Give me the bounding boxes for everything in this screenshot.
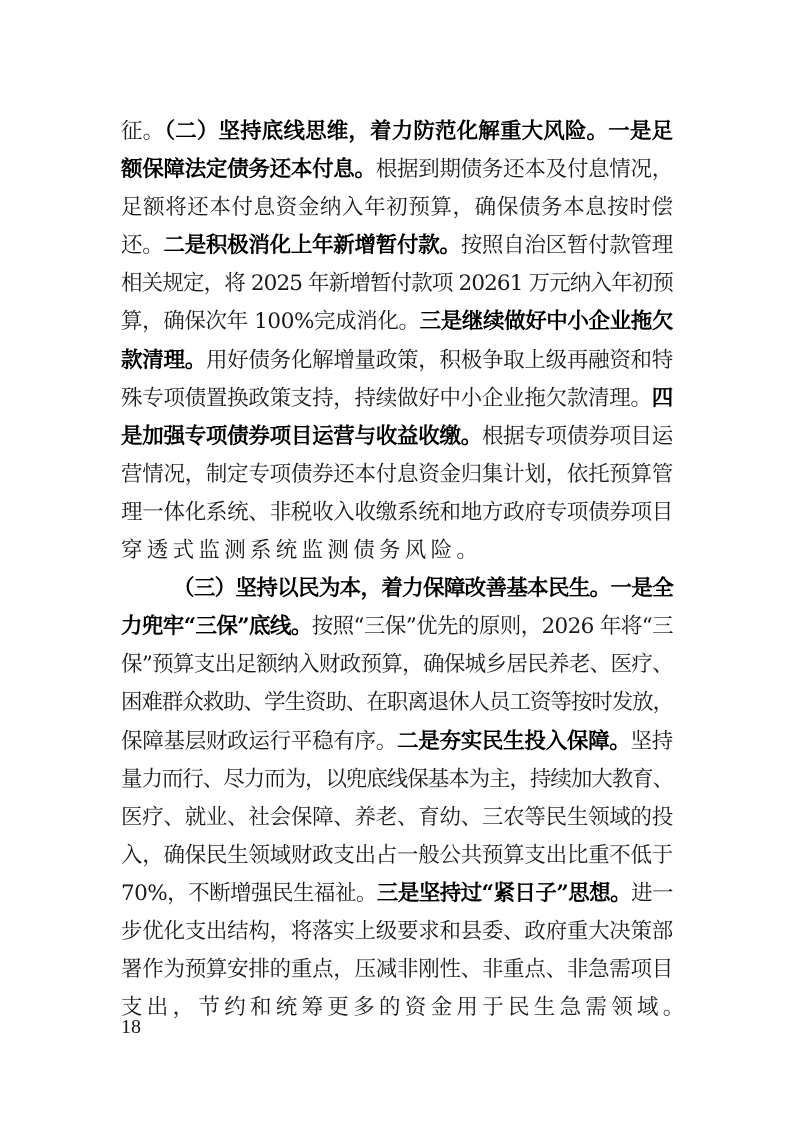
text-line: 相关规定，将 2025 年新增暂付款项 20261 万元纳入年初预: [121, 265, 673, 303]
text-run: 步优化支出结构，将落实上级要求和县委、政府重大决策部: [121, 919, 673, 944]
text-line: 医疗、就业、社会保障、养老、育幼、三农等民生领域的投: [121, 799, 673, 837]
text-run: 理一体化系统、非税收入收缴系统和地方政府专项债券项目: [121, 500, 673, 525]
text-run: 量力而行、尽力而为，以兜底线保基本为主，持续加大教育、: [121, 767, 673, 792]
text-line: 保”预算支出足额纳入财政预算，确保城乡居民养老、医疗、: [121, 646, 673, 684]
text-run: 按照“三保”优先的原则，2026 年将“三: [312, 614, 673, 639]
text-line: 理一体化系统、非税收入收缴系统和地方政府专项债券项目: [121, 494, 673, 532]
text-run: 算，确保次年 100%完成消化。: [121, 309, 420, 334]
bold-text-run: 二是夯实民生投入保障。: [397, 729, 631, 754]
text-run: 保障基层财政运行平稳有序。: [121, 729, 397, 754]
text-line: 征。（二）坚持底线思维，着力防范化解重大风险。一是足: [121, 113, 673, 151]
text-run: 署作为预算安排的重点，压减非刚性、非重点、非急需项目: [121, 957, 673, 982]
bold-text-run: 三是坚持过“紧日子”思想。: [377, 881, 631, 906]
page-number: 18: [121, 1016, 141, 1039]
text-run: 营情况，制定专项债券还本付息资金归集计划，依托预算管: [121, 462, 673, 487]
text-line: 足额将还本付息资金纳入年初预算，确保债务本息按时偿: [121, 189, 673, 227]
text-line: 是加强专项债券项目运营与收益收缴。根据专项债券项目运: [121, 418, 673, 456]
text-run: 医疗、就业、社会保障、养老、育幼、三农等民生领域的投: [121, 805, 673, 830]
bold-text-run: 二是积极消化上年新增暂付款。: [163, 233, 460, 258]
bold-text-run: 款清理。: [121, 348, 206, 373]
text-run: 相关规定，将 2025 年新增暂付款项 20261 万元纳入年初预: [121, 271, 673, 296]
text-line: 额保障法定债务还本付息。根据到期债务还本及付息情况，: [121, 151, 673, 189]
text-line: 70%，不断增强民生福祉。三是坚持过“紧日子”思想。进一: [121, 875, 673, 913]
bold-text-run: 额保障法定债务还本付息。: [121, 157, 376, 182]
text-run: 足额将还本付息资金纳入年初预算，确保债务本息按时偿: [121, 195, 673, 220]
text-run: 殊专项债置换政策支持，持续做好中小企业拖欠款清理。: [121, 386, 652, 411]
bold-text-run: （二）坚持底线思维，着力防范化解重大风险。一是足: [164, 119, 673, 144]
text-line: 步优化支出结构，将落实上级要求和县委、政府重大决策部: [121, 913, 673, 951]
bold-text-run: 力兜牢“三保”底线。: [121, 614, 312, 639]
bold-text-run: 三是继续做好中小企业拖欠: [420, 309, 673, 334]
text-run: 困难群众救助、学生资助、在职离退休人员工资等按时发放，: [121, 690, 673, 715]
text-line: 还。二是积极消化上年新增暂付款。按照自治区暂付款管理: [121, 227, 673, 265]
text-line: 殊专项债置换政策支持，持续做好中小企业拖欠款清理。四: [121, 380, 673, 418]
text-line: 款清理。用好债务化解增量政策，积极争取上级再融资和特: [121, 342, 673, 380]
bold-text-run: 是加强专项债券项目运营与收益收缴。: [121, 424, 482, 449]
document-page: 征。（二）坚持底线思维，着力防范化解重大风险。一是足 额保障法定债务还本付息。根…: [0, 0, 793, 1122]
text-run: 70%，不断增强民生福祉。: [121, 881, 377, 906]
text-line: 算，确保次年 100%完成消化。三是继续做好中小企业拖欠: [121, 303, 673, 341]
text-line: 营情况，制定专项债券还本付息资金归集计划，依托预算管: [121, 456, 673, 494]
text-line: 支出，节约和统筹更多的资金用于民生急需领域。: [121, 989, 673, 1027]
text-run: 入，确保民生领域财政支出占一般公共预算支出比重不低于: [121, 843, 673, 868]
text-run: 支出，节约和统筹更多的资金用于民生急需领域。: [121, 995, 689, 1020]
text-run: 按照自治区暂付款管理: [461, 233, 673, 258]
text-line: 入，确保民生领域财政支出占一般公共预算支出比重不低于: [121, 837, 673, 875]
text-run: 还。: [121, 233, 163, 258]
text-run: 穿透式监测系统监测债务风险。: [121, 538, 482, 563]
text-run: 征。: [121, 119, 164, 144]
text-run: 根据专项债券项目运: [482, 424, 673, 449]
text-run: 保”预算支出足额纳入财政预算，确保城乡居民养老、医疗、: [121, 652, 673, 677]
text-line: 穿透式监测系统监测债务风险。: [121, 532, 673, 570]
text-run: 进一: [631, 881, 673, 906]
text-run: 用好债务化解增量政策，积极争取上级再融资和特: [206, 348, 673, 373]
text-line: 力兜牢“三保”底线。按照“三保”优先的原则，2026 年将“三: [121, 608, 673, 646]
text-line: 保障基层财政运行平稳有序。二是夯实民生投入保障。坚持: [121, 723, 673, 761]
body-text: 征。（二）坚持底线思维，着力防范化解重大风险。一是足 额保障法定债务还本付息。根…: [121, 113, 673, 1027]
text-line: 困难群众救助、学生资助、在职离退休人员工资等按时发放，: [121, 684, 673, 722]
text-line: 署作为预算安排的重点，压减非刚性、非重点、非急需项目: [121, 951, 673, 989]
text-run: 坚持: [631, 729, 673, 754]
bold-text-run: 四: [652, 386, 673, 411]
section-heading-line: （三）坚持以民为本，着力保障改善基本民生。一是全: [121, 570, 673, 608]
bold-text-run: （三）坚持以民为本，着力保障改善基本民生。一是全: [173, 576, 673, 601]
text-run: 根据到期债务还本及付息情况，: [376, 157, 673, 182]
text-line: 量力而行、尽力而为，以兜底线保基本为主，持续加大教育、: [121, 761, 673, 799]
